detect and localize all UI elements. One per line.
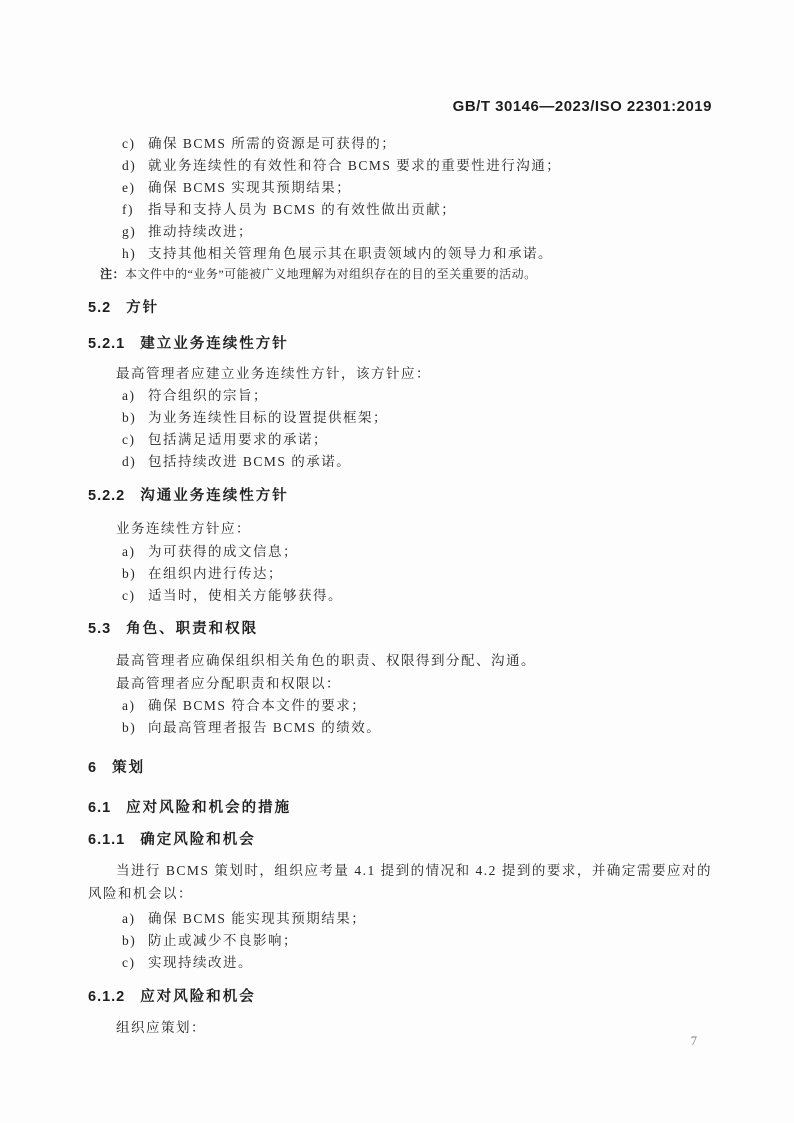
heading-number: 6.1 <box>88 800 111 816</box>
list-text: 确保 BCMS 所需的资源是可获得的； <box>148 133 712 155</box>
list-item: a)确保 BCMS 能实现其预期结果； <box>88 908 712 930</box>
heading-number: 6 <box>88 760 97 776</box>
clause-6-1-1-list: a)确保 BCMS 能实现其预期结果； b)防止或减少不良影响； c)实现持续改… <box>88 908 712 974</box>
list-text: 确保 BCMS 符合本文件的要求； <box>148 695 712 717</box>
list-marker: c) <box>122 429 148 451</box>
list-item: c)包括满足适用要求的承诺； <box>88 429 712 451</box>
list-text: 就业务连续性的有效性和符合 BCMS 要求的重要性进行沟通； <box>148 155 712 177</box>
heading-title: 应对风险和机会 <box>140 989 256 1005</box>
list-text: 确保 BCMS 能实现其预期结果； <box>148 908 712 930</box>
heading-6-1-1: 6.1.1确定风险和机会 <box>88 829 712 852</box>
list-item: g)推动持续改进； <box>88 221 712 243</box>
list-marker: d) <box>122 451 148 473</box>
page-number: 7 <box>691 1034 697 1049</box>
list-marker: c) <box>122 585 148 607</box>
list-marker: c) <box>122 133 148 155</box>
heading-5-2-2: 5.2.2沟通业务连续性方针 <box>88 485 712 508</box>
heading-number: 5.3 <box>88 621 111 637</box>
paragraph-6-1-1-intro: 当进行 BCMS 策划时，组织应考量 4.1 提到的情况和 4.2 提到的要求，… <box>88 859 712 905</box>
list-item: b)为业务连续性目标的设置提供框架； <box>88 407 712 429</box>
paragraph-5-2-2-intro: 业务连续性方针应： <box>88 517 712 540</box>
heading-5-2-1: 5.2.1建立业务连续性方针 <box>88 333 712 356</box>
list-text: 指导和支持人员为 BCMS 的有效性做出贡献； <box>148 199 712 221</box>
list-marker: a) <box>122 695 148 717</box>
list-text: 防止或减少不良影响； <box>148 930 712 952</box>
heading-title: 应对风险和机会的措施 <box>126 800 291 816</box>
list-marker: b) <box>122 407 148 429</box>
heading-title: 方针 <box>126 300 159 316</box>
list-text: 为业务连续性目标的设置提供框架； <box>148 407 712 429</box>
heading-number: 5.2.2 <box>88 488 125 504</box>
heading-6-1: 6.1应对风险和机会的措施 <box>88 797 712 820</box>
list-item: h)支持其他相关管理角色展示其在职责领域内的领导力和承诺。 <box>88 243 712 265</box>
list-item: a)为可获得的成文信息； <box>88 541 712 563</box>
note-label: 注： <box>100 267 125 281</box>
heading-6: 6策划 <box>88 757 712 780</box>
clause-5-1-continuation-list: c)确保 BCMS 所需的资源是可获得的； d)就业务连续性的有效性和符合 BC… <box>88 133 712 265</box>
list-text: 确保 BCMS 实现其预期结果； <box>148 177 712 199</box>
list-marker: b) <box>122 717 148 739</box>
list-item: b)在组织内进行传达； <box>88 563 712 585</box>
note-text: 本文件中的“业务”可能被广义地理解为对组织存在的目的至关重要的活动。 <box>125 267 537 281</box>
list-marker: a) <box>122 385 148 407</box>
list-text: 适当时，使相关方能够获得。 <box>148 585 712 607</box>
list-marker: a) <box>122 541 148 563</box>
clause-5-3-list: a)确保 BCMS 符合本文件的要求； b)向最高管理者报告 BCMS 的绩效。 <box>88 695 712 739</box>
paragraph-6-1-2-intro: 组织应策划： <box>88 1016 712 1039</box>
clause-5-2-1-list: a)符合组织的宗旨； b)为业务连续性目标的设置提供框架； c)包括满足适用要求… <box>88 385 712 473</box>
list-item: e)确保 BCMS 实现其预期结果； <box>88 177 712 199</box>
list-item: a)符合组织的宗旨； <box>88 385 712 407</box>
list-marker: c) <box>122 952 148 974</box>
heading-title: 策划 <box>112 760 145 776</box>
list-marker: f) <box>122 199 148 221</box>
list-item: f)指导和支持人员为 BCMS 的有效性做出贡献； <box>88 199 712 221</box>
list-text: 符合组织的宗旨； <box>148 385 712 407</box>
heading-number: 6.1.2 <box>88 989 125 1005</box>
paragraph-5-3-p2: 最高管理者应分配职责和权限以： <box>88 672 712 695</box>
clause-note: 注：本文件中的“业务”可能被广义地理解为对组织存在的目的至关重要的活动。 <box>100 265 712 283</box>
list-item: c)确保 BCMS 所需的资源是可获得的； <box>88 133 712 155</box>
document-page: GB/T 30146—2023/ISO 22301:2019 c)确保 BCMS… <box>0 0 794 1123</box>
list-item: d)包括持续改进 BCMS 的承诺。 <box>88 451 712 473</box>
paragraph-5-3-p1: 最高管理者应确保组织相关角色的职责、权限得到分配、沟通。 <box>88 649 712 672</box>
list-text: 向最高管理者报告 BCMS 的绩效。 <box>148 717 712 739</box>
list-marker: h) <box>122 243 148 265</box>
list-text: 在组织内进行传达； <box>148 563 712 585</box>
heading-5-2: 5.2方针 <box>88 297 712 320</box>
heading-number: 6.1.1 <box>88 832 125 848</box>
list-item: d)就业务连续性的有效性和符合 BCMS 要求的重要性进行沟通； <box>88 155 712 177</box>
list-text: 实现持续改进。 <box>148 952 712 974</box>
heading-title: 建立业务连续性方针 <box>140 336 289 352</box>
list-marker: g) <box>122 221 148 243</box>
standard-code-header: GB/T 30146—2023/ISO 22301:2019 <box>88 95 712 118</box>
heading-6-1-2: 6.1.2应对风险和机会 <box>88 986 712 1009</box>
list-text: 包括满足适用要求的承诺； <box>148 429 712 451</box>
list-text: 推动持续改进； <box>148 221 712 243</box>
clause-5-2-2-list: a)为可获得的成文信息； b)在组织内进行传达； c)适当时，使相关方能够获得。 <box>88 541 712 607</box>
list-item: b)向最高管理者报告 BCMS 的绩效。 <box>88 717 712 739</box>
list-marker: d) <box>122 155 148 177</box>
heading-number: 5.2.1 <box>88 336 125 352</box>
heading-number: 5.2 <box>88 300 111 316</box>
list-text: 包括持续改进 BCMS 的承诺。 <box>148 451 712 473</box>
list-text: 为可获得的成文信息； <box>148 541 712 563</box>
paragraph-5-2-1-intro: 最高管理者应建立业务连续性方针，该方针应： <box>88 362 712 385</box>
list-marker: b) <box>122 930 148 952</box>
list-item: c)实现持续改进。 <box>88 952 712 974</box>
list-marker: e) <box>122 177 148 199</box>
heading-title: 角色、职责和权限 <box>126 621 258 637</box>
list-marker: a) <box>122 908 148 930</box>
heading-5-3: 5.3角色、职责和权限 <box>88 618 712 641</box>
heading-title: 沟通业务连续性方针 <box>140 488 289 504</box>
list-text: 支持其他相关管理角色展示其在职责领域内的领导力和承诺。 <box>148 243 712 265</box>
list-item: b)防止或减少不良影响； <box>88 930 712 952</box>
list-item: c)适当时，使相关方能够获得。 <box>88 585 712 607</box>
heading-title: 确定风险和机会 <box>140 832 256 848</box>
list-marker: b) <box>122 563 148 585</box>
list-item: a)确保 BCMS 符合本文件的要求； <box>88 695 712 717</box>
